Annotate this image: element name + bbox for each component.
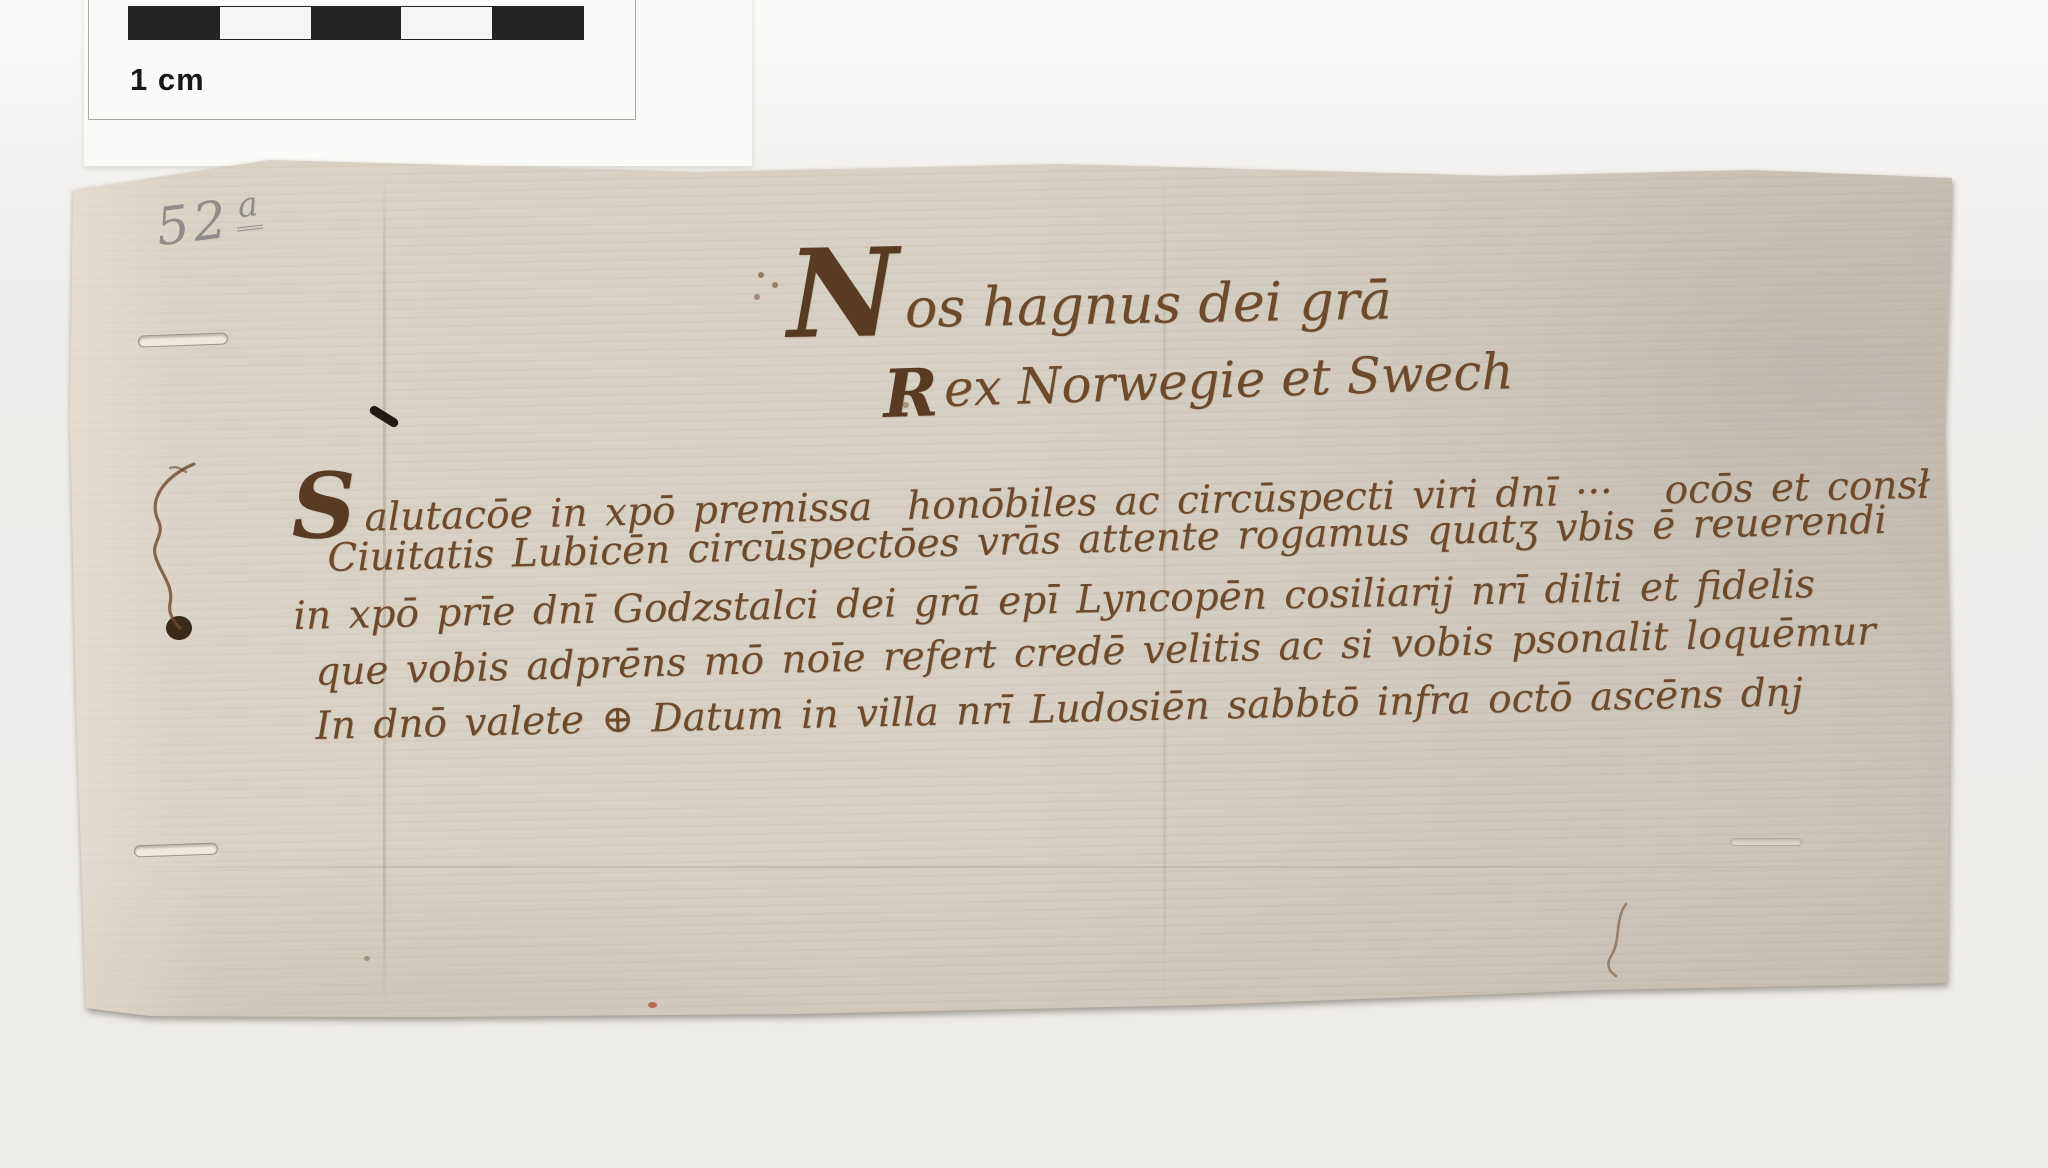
decorated-initial: R [882, 367, 938, 420]
decorated-initial: N [786, 245, 899, 342]
surface-scratch [1730, 838, 1802, 846]
sealing-slit [134, 843, 218, 858]
marginal-flourish [136, 458, 206, 638]
sealing-slit [138, 332, 228, 347]
decorated-initial: S [291, 470, 359, 542]
red-speck [648, 1002, 657, 1008]
archival-number: 52a [153, 184, 266, 259]
stain-speck [902, 402, 909, 408]
archival-number-superscript: a [232, 184, 264, 232]
manuscript-text: ex Norwegie et Swech [943, 342, 1514, 418]
ink-dots [758, 272, 764, 278]
descender-flourish [1596, 900, 1636, 980]
parchment: 52a Nos hagnus dei grā Rex Norwegie et S… [0, 0, 2048, 1168]
stain-speck [364, 956, 370, 961]
photograph-of-charter: 1 cm 52a Nos hagnus dei grā Rex Norwegie… [0, 0, 2048, 1168]
manuscript-header-line-2: Rex Norwegie et Swech [882, 342, 1514, 420]
parchment-shadow-wrap: 52a Nos hagnus dei grā Rex Norwegie et S… [0, 0, 2048, 1168]
manuscript-header-line-1: Nos hagnus dei grā [786, 215, 1392, 342]
archival-number-value: 52 [153, 190, 234, 259]
manuscript-text: os hagnus dei grā [904, 268, 1392, 339]
fold-crease [100, 866, 1900, 868]
